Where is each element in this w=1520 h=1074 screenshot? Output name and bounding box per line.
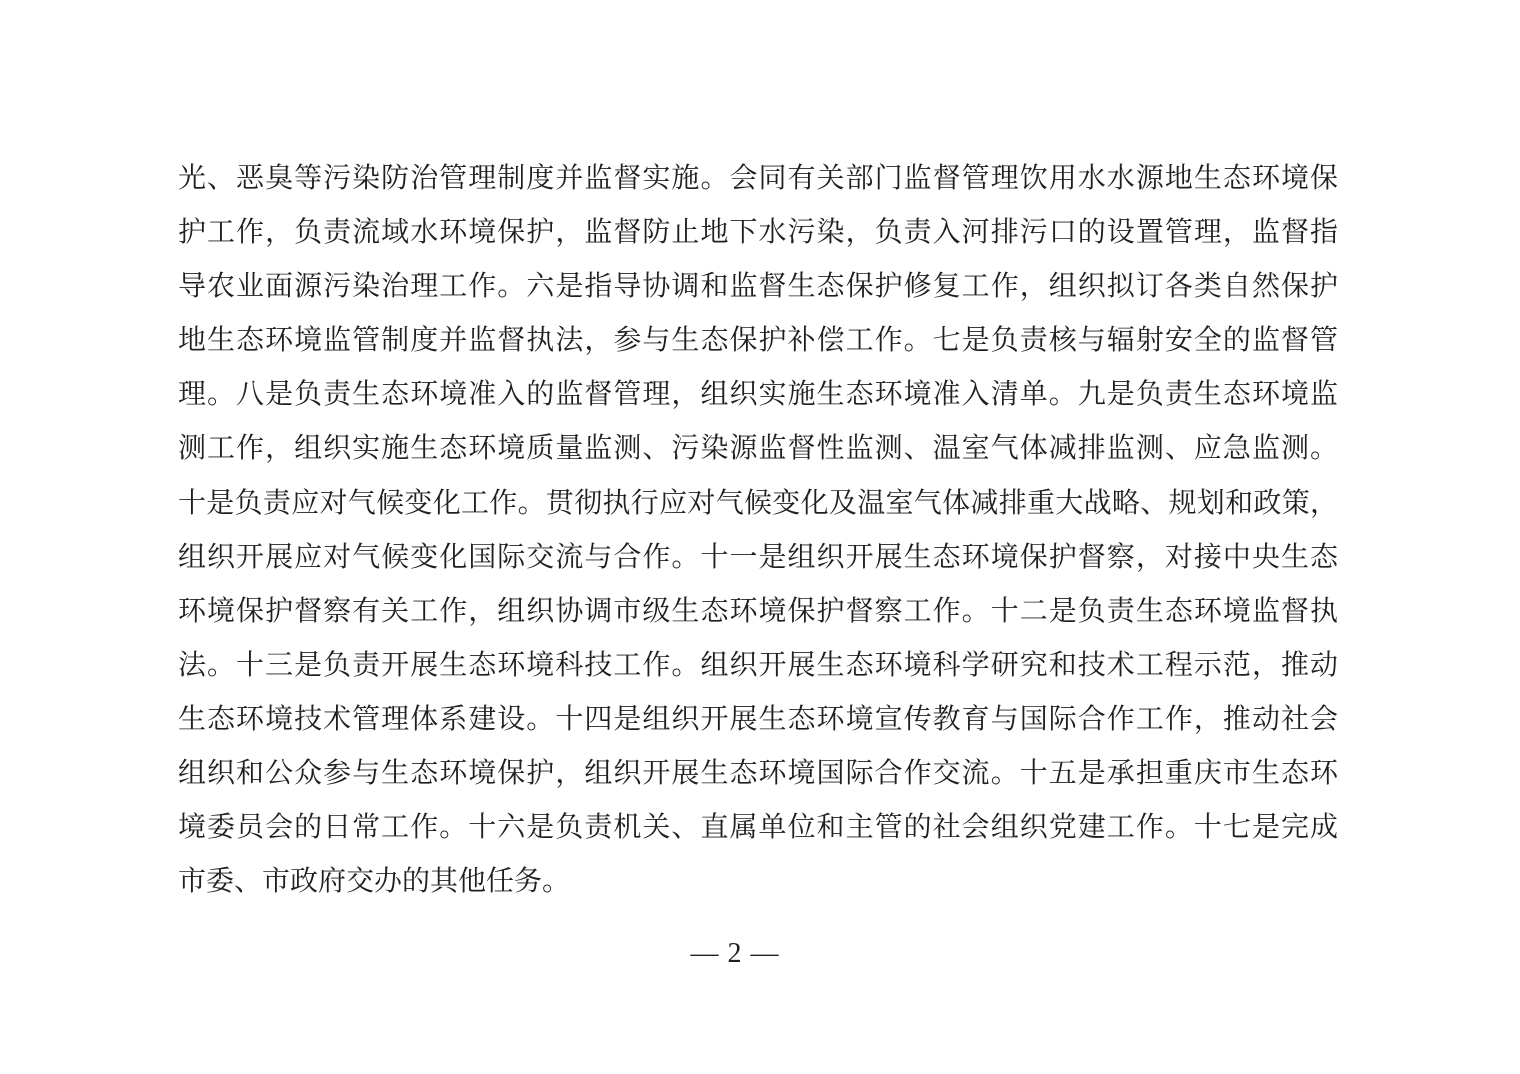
body-line: 理。八是负责生态环境准入的监督管理，组织实施生态环境准入清单。九是负责生态环境监 bbox=[178, 368, 1338, 422]
document-page: 光、恶臭等污染防治管理制度并监督实施。会同有关部门监督管理饮用水水源地生态环境保… bbox=[0, 0, 1520, 1074]
page-number: — 2 — bbox=[0, 940, 1470, 968]
body-line: 生态环境技术管理体系建设。十四是组织开展生态环境宣传教育与国际合作工作，推动社会 bbox=[178, 693, 1338, 747]
body-line: 护工作，负责流域水环境保护，监督防止地下水污染，负责入河排污口的设置管理，监督指 bbox=[178, 206, 1338, 260]
body-line: 测工作，组织实施生态环境质量监测、污染源监督性监测、温室气体减排监测、应急监测。 bbox=[178, 422, 1338, 476]
body-line: 组织开展应对气候变化国际交流与合作。十一是组织开展生态环境保护督察，对接中央生态 bbox=[178, 531, 1338, 585]
body-line: 环境保护督察有关工作，组织协调市级生态环境保护督察工作。十二是负责生态环境监督执 bbox=[178, 585, 1338, 639]
body-line: 地生态环境监管制度并监督执法，参与生态保护补偿工作。七是负责核与辐射安全的监督管 bbox=[178, 314, 1338, 368]
body-line: 光、恶臭等污染防治管理制度并监督实施。会同有关部门监督管理饮用水水源地生态环境保 bbox=[178, 152, 1338, 206]
body-line: 法。十三是负责开展生态环境科技工作。组织开展生态环境科学研究和技术工程示范，推动 bbox=[178, 639, 1338, 693]
document-body: 光、恶臭等污染防治管理制度并监督实施。会同有关部门监督管理饮用水水源地生态环境保… bbox=[178, 152, 1338, 909]
body-line: 导农业面源污染治理工作。六是指导协调和监督生态保护修复工作，组织拟订各类自然保护 bbox=[178, 260, 1338, 314]
body-line: 组织和公众参与生态环境保护，组织开展生态环境国际合作交流。十五是承担重庆市生态环 bbox=[178, 747, 1338, 801]
body-line: 市委、市政府交办的其他任务。 bbox=[178, 855, 1338, 909]
body-line: 十是负责应对气候变化工作。贯彻执行应对气候变化及温室气体减排重大战略、规划和政策… bbox=[178, 477, 1338, 531]
body-line: 境委员会的日常工作。十六是负责机关、直属单位和主管的社会组织党建工作。十七是完成 bbox=[178, 801, 1338, 855]
